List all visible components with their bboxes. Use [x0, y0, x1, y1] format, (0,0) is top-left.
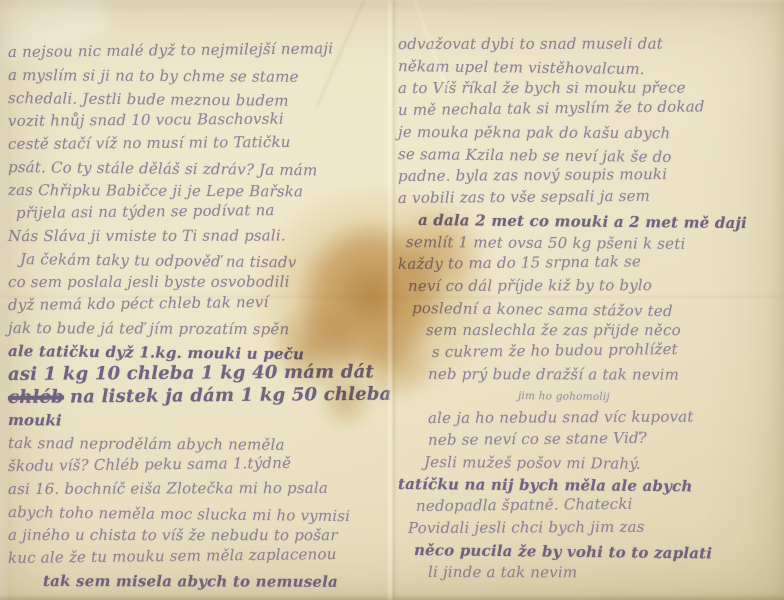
handwritten-text: dyž nemá kdo péct chleb tak neví [8, 293, 269, 314]
handwritten-line: neb prý bude dražší a tak nevim [428, 363, 784, 386]
handwritten-text: a myslím si ji na to by chme se stame [8, 66, 299, 86]
handwritten-line: je mouka pěkna pak do kašu abych [398, 121, 784, 145]
handwritten-text: jim ho gohomolij [518, 390, 610, 403]
handwritten-line: Jesli mužeš pošov mi Drahý. [424, 451, 784, 476]
handwritten-text: neb prý bude dražší a tak nevim [428, 365, 679, 384]
paper-edge-top [0, 0, 784, 5]
handwritten-line: kuc ale že tu mouku sem měla zaplacenou [8, 542, 396, 570]
handwritten-line: tak sem misela abych to nemusela [43, 570, 396, 594]
handwritten-text: asi 1 kg 10 chleba 1 kg 40 mám dát [8, 361, 374, 385]
handwritten-text: Ja čekám taky tu odpověď na tisadv [20, 250, 297, 271]
handwritten-line: neb se neví co se stane Viď? [428, 425, 784, 451]
handwritten-text: mouki [8, 411, 62, 430]
handwritten-text: něco pucila že by vohi to to zaplati [414, 541, 712, 562]
handwritten-line: neví co dál příjde kiž by to bylo [408, 274, 784, 297]
handwritten-text: neví co dál příjde kiž by to bylo [408, 276, 652, 295]
handwritten-text: na listek ja dám 1 kg 50 chleba [70, 384, 392, 408]
handwritten-text: je mouka pěkna pak do kašu abych [398, 123, 670, 142]
handwritten-line: nedopadla špatně. Chatecki [416, 491, 784, 517]
handwritten-text: Nás Sláva ji vmiste to Ti snad psali. [8, 227, 286, 245]
handwritten-text: nedopadla špatně. Chatecki [416, 495, 633, 515]
handwritten-text: odvažovat dybi to snad museli dat [398, 35, 663, 53]
handwritten-text: a jiného u chista to víš že nebudu to po… [8, 526, 338, 544]
handwritten-text: abych toho neměla moc slucka mi ho vymis… [8, 503, 350, 525]
handwritten-line: li jinde a tak nevim [428, 561, 784, 584]
handwritten-text: neb se neví co se stane Viď? [428, 429, 647, 449]
handwritten-text: Jesli mužeš pošov mi Drahý. [424, 453, 641, 473]
handwritten-text: cestě stačí víž no musí mi to Tatičku [8, 133, 291, 153]
handwritten-text: asi 16. bochníč eiša Zlotečka mi ho psal… [8, 479, 328, 498]
handwritten-text: a nejsou nic malé dyž to nejmilejší nema… [8, 39, 333, 61]
handwritten-text: co sem poslala jesli byste osvobodili [8, 273, 290, 291]
handwritten-text: jak to bude já teď jím prozatím spěn [8, 319, 289, 338]
handwritten-line: cestě stačí víž no musí mi to Tatičku [8, 130, 396, 156]
handwritten-text: vozit hnůj snad 10 vocu Baschovski [8, 110, 284, 130]
handwritten-text: tak sem misela abych to nemusela [43, 572, 338, 591]
handwritten-text: tak snad neprodělám abych neměla [8, 434, 285, 454]
handwritten-text: ale tatičku dyž 1.kg. mouki u peču [8, 342, 304, 363]
handwritten-line: chlébna listek ja dám 1 kg 50 chleba [8, 383, 396, 409]
handwritten-text: sem naslechla že zas přijde něco [426, 321, 681, 339]
handwritten-line: Nás Sláva ji vmiste to Ti snad psali. [8, 224, 396, 248]
struck-word: chléb [8, 387, 64, 408]
handwritten-line: přijela asi na týden se podívat na [16, 198, 396, 225]
handwritten-line: a myslím si ji na to by chme se stame [8, 64, 396, 89]
handwritten-line: vozit hnůj snad 10 vocu Baschovski [8, 107, 396, 133]
handwritten-line: Povidali jesli chci bych jim zas [408, 515, 784, 539]
handwritten-text: a to Víš říkal že bych si mouku přece [398, 79, 686, 97]
handwritten-text: každy to ma do 15 srpna tak se [398, 252, 641, 273]
handwritten-text: přijela asi na týden se podívat na [16, 201, 275, 222]
paper-edge-bottom [0, 594, 784, 600]
handwritten-line: s cukrem že ho budou prohlížet [432, 337, 784, 363]
handwritten-text: padne. byla zas nový soupis mouki [398, 165, 667, 185]
handwritten-line: jak to bude já teď jím prozatím spěn [8, 317, 396, 342]
handwritten-line: dyž nemá kdo péct chleb tak neví [8, 289, 396, 317]
handwritten-text: li jinde a tak nevim [428, 563, 577, 581]
handwritten-line: a nejsou nic malé dyž to nejmilejší nema… [8, 37, 396, 64]
handwritten-text: schedali. Jestli bude meznou budem [8, 89, 289, 110]
handwritten-text: poslední a konec sama stážov ted [412, 299, 673, 320]
handwritten-text: s cukrem že ho budou prohlížet [432, 340, 678, 361]
handwritten-text: někam upel tem vistěhovalcum. [398, 57, 645, 78]
handwritten-text: kuc ale že tu mouku sem měla zaplacenou [8, 545, 337, 567]
letter-scan: a nejsou nic malé dyž to nejmilejší nema… [0, 0, 784, 600]
handwritten-line: škodu víš? Chléb peku sama 1.týdně [8, 451, 396, 478]
handwritten-line: u mě nechala tak si myslím že to dokad [398, 94, 784, 121]
handwritten-text: škodu víš? Chléb peku sama 1.týdně [8, 454, 291, 475]
letter-left-column: a nejsou nic malé dyž to nejmilejší nema… [8, 41, 396, 593]
handwritten-line: a vobili zas to vše sepsali ja sem [398, 184, 784, 209]
handwritten-text: a vobili zas to vše sepsali ja sem [398, 187, 650, 207]
handwritten-text: a dala 2 met co mouki a 2 met mě daji [418, 211, 747, 232]
handwritten-text: u mě nechala tak si myslím že to dokad [398, 97, 705, 119]
handwritten-text: ale ja ho nebudu snad víc kupovat [428, 408, 694, 427]
handwritten-text: Povidali jesli chci bych jim zas [408, 518, 645, 537]
handwritten-line: asi 16. bochníč eiša Zlotečka mi ho psal… [8, 477, 396, 501]
handwritten-line: odvažovat dybi to snad museli dat [398, 32, 784, 55]
handwritten-text: zas Chřipku Babičce ji je Lepe Bařska [8, 181, 303, 200]
letter-right-column: odvažovat dybi to snad museli datněkam u… [398, 33, 784, 583]
handwritten-text: psát. Co ty stále děláš si zdráv? Ja mám [8, 158, 318, 179]
handwritten-line: každy to ma do 15 srpna tak se [398, 249, 784, 275]
